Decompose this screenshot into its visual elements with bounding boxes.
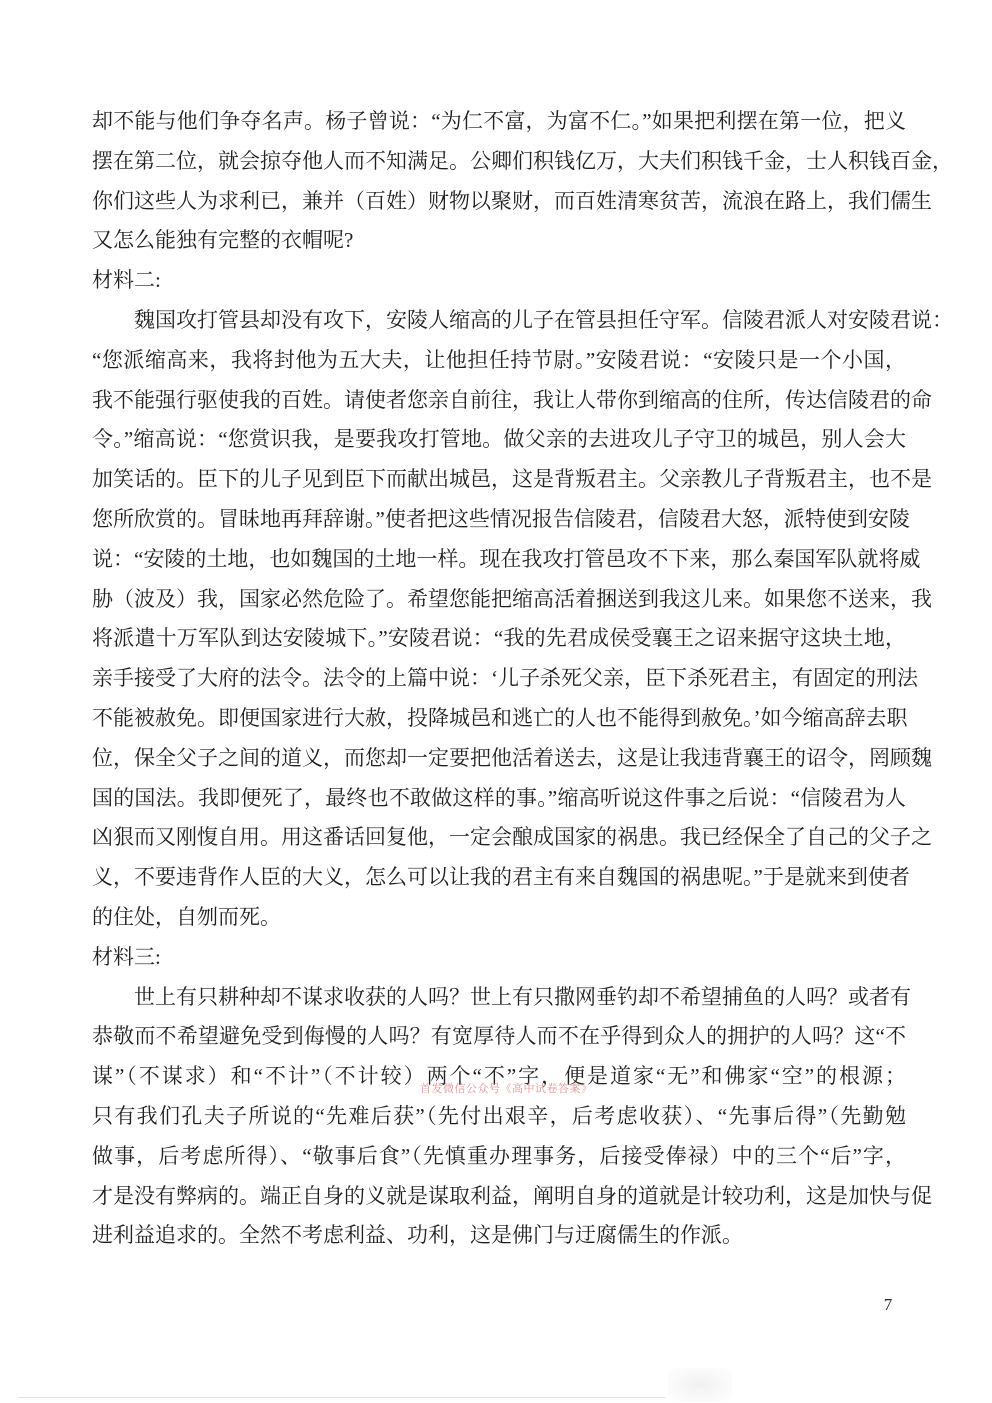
text-line: 又怎么能独有完整的衣帽呢?: [92, 221, 906, 261]
page-number: 7: [876, 1295, 900, 1315]
text-line: 进利益追求的。全然不考虑利益、功利，这是佛门与迂腐儒生的作派。: [92, 1216, 906, 1256]
text-line: 不能被赦免。即便国家进行大赦，投降城邑和逃亡的人也不能得到赦免。’如今缩高辞去职: [92, 699, 906, 739]
text-line: 做事，后考虑所得）、“敬事后食”（先慎重办理事务，后接受俸禄）中的三个“后”字，: [92, 1137, 906, 1177]
text-line: 摆在第二位，就会掠夺他人而不知满足。公卿们积钱亿万，大夫们积钱千金，士人积钱百金…: [92, 142, 906, 182]
text-line: 加笑话的。臣下的儿子见到臣下而献出城邑，这是背叛君主。父亲教儿子背叛君主，也不是: [92, 460, 906, 500]
text-line: 您所欣赏的。冒昧地再拜辞谢。”使者把这些情况报告信陵君，信陵君大怒，派特使到安陵: [92, 500, 906, 540]
document-page: 却不能与他们争夺名声。杨子曾说：“为仁不富，为富不仁。”如果把利摆在第一位，把义…: [0, 0, 992, 1403]
text-line: 只有我们孔夫子所说的“先难后获”（先付出艰辛，后考虑收获）、“先事后得”（先勤勉: [92, 1097, 906, 1137]
text-line: 位，保全父子之间的道义，而您却一定要把他活着送去，这是让我违背襄王的诏令，罔顾魏: [92, 739, 906, 779]
text-line: 世上有只耕种却不谋求收获的人吗？世上有只撒网垂钓却不希望捕鱼的人吗？或者有: [92, 978, 906, 1018]
text-line: 国的国法。我即便死了，最终也不敢做这样的事。”缩高听说这件事之后说：“信陵君为人: [92, 779, 906, 819]
bottom-divider-line: [18, 1397, 666, 1398]
text-line: 凶狠而又刚愎自用。用这番话回复他，一定会酿成国家的祸患。我已经保全了自己的父子之: [92, 818, 906, 858]
faint-ghost-watermark: [668, 1368, 732, 1402]
text-line: 义，不要违背作人臣的大义，怎么可以让我的君主有来自魏国的祸患呢。”于是就来到使者: [92, 858, 906, 898]
section-heading: 材料二:: [92, 261, 906, 301]
text-line: 才是没有弊病的。端正自身的义就是谋取利益，阐明自身的道就是计较功利，这是加快与促: [92, 1177, 906, 1217]
text-line: 我不能强行驱使我的百姓。请使者您亲自前往，我让人带你到缩高的住所，传达信陵君的命: [92, 381, 906, 421]
text-line: 魏国攻打管县却没有攻下，安陵人缩高的儿子在管县担任守军。信陵君派人对安陵君说：: [92, 301, 906, 341]
text-line: 你们这些人为求利已，兼并（百姓）财物以聚财，而百姓清寒贫苦，流浪在路上，我们儒生: [92, 182, 906, 222]
text-line: 说：“安陵的土地，也如魏国的土地一样。现在我攻打管邑攻不下来，那么秦国军队就将威: [92, 540, 906, 580]
text-line: 胁（波及）我，国家必然危险了。希望您能把缩高活着捆送到我这儿来。如果您不送来，我: [92, 580, 906, 620]
text-line: 将派遣十万军队到达安陵城下。”安陵君说：“我的先君成侯受襄王之诏来据守这块土地，: [92, 619, 906, 659]
text-line: 令。”缩高说：“您赏识我，是要我攻打管地。做父亲的去进攻儿子守卫的城邑，别人会大: [92, 420, 906, 460]
text-line: 的住处，自刎而死。: [92, 898, 906, 938]
text-line: 却不能与他们争夺名声。杨子曾说：“为仁不富，为富不仁。”如果把利摆在第一位，把义: [92, 102, 906, 142]
text-line: 恭敬而不希望避免受到侮慢的人吗？有宽厚待人而不在乎得到众人的拥护的人吗？这“不: [92, 1017, 906, 1057]
text-line: 亲手接受了大府的法令。法令的上篇中说：‘儿子杀死父亲，臣下杀死君主，有固定的刑法: [92, 659, 906, 699]
text-line: “您派缩高来，我将封他为五大夫，让他担任持节尉。”安陵君说：“安陵只是一个小国，: [92, 341, 906, 381]
section-heading: 材料三:: [92, 938, 906, 978]
watermark-text: 首发微信公众号《高中试卷答案》: [420, 1080, 593, 1096]
